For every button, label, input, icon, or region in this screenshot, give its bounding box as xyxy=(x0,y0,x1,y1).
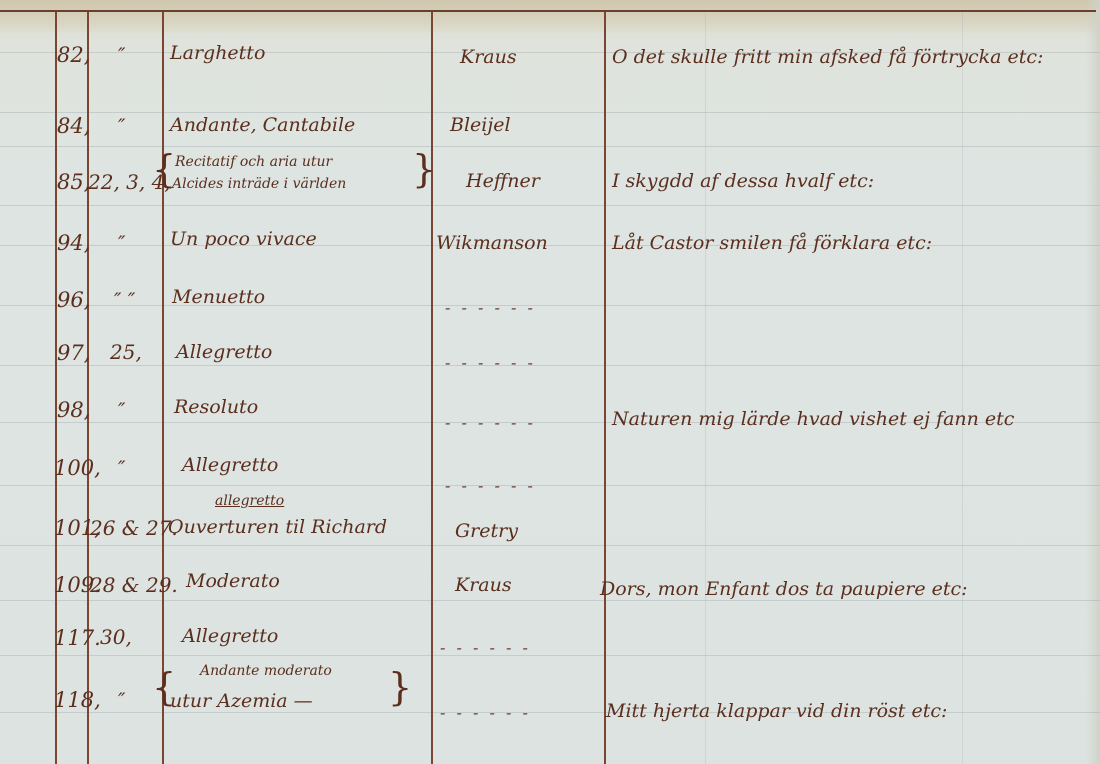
entry-title: Resoluto xyxy=(174,398,258,417)
faint-grid-line xyxy=(705,12,706,764)
entry-title-line1: Andante moderato xyxy=(200,664,332,678)
entry-title-line2: Alcides inträde i världen xyxy=(172,177,346,191)
entry-composer-ditto: - - - - - - xyxy=(445,355,536,371)
ledger-page: 82, ″ Larghetto Kraus O det skulle fritt… xyxy=(0,0,1100,764)
ruled-line xyxy=(0,485,1100,486)
entry-title: Allegretto xyxy=(182,456,278,475)
ruled-line xyxy=(0,205,1100,206)
paper-stain xyxy=(0,0,1100,34)
entry-number: 117. xyxy=(54,628,101,649)
ruled-line xyxy=(0,365,1100,366)
entry-text: I skygdd af dessa hvalf etc: xyxy=(612,172,874,191)
entry-number: 118, xyxy=(54,690,101,711)
faint-grid-line xyxy=(962,12,963,764)
entry-title: Moderato xyxy=(186,572,280,591)
entry-ref: ″ xyxy=(118,116,125,136)
column-line-3 xyxy=(162,12,164,764)
entry-title: Un poco vivace xyxy=(170,230,317,249)
entry-composer-ditto: - - - - - - xyxy=(445,415,536,431)
entry-title: Ouverturen til Richard xyxy=(168,518,387,537)
entry-composer-ditto: - - - - - - xyxy=(445,478,536,494)
entry-title-line1: Recitatif och aria utur xyxy=(175,155,332,169)
entry-text: O det skulle fritt min afsked få förtryc… xyxy=(612,48,1043,67)
entry-ref: ″ xyxy=(118,458,125,478)
entry-composer-ditto: - - - - - - xyxy=(440,705,531,721)
entry-number: 85, xyxy=(57,172,90,193)
brace-close: } xyxy=(412,150,436,188)
entry-composer: Wikmanson xyxy=(436,234,548,253)
entry-text: Låt Castor smilen få förklara etc: xyxy=(612,234,932,253)
ruled-line xyxy=(0,112,1100,113)
entry-number: 94, xyxy=(57,233,90,254)
entry-title: Andante, Cantabile xyxy=(170,116,355,135)
header-rule xyxy=(0,10,1096,12)
ruled-line xyxy=(0,245,1100,246)
entry-text: Dors, mon Enfant dos ta paupiere etc: xyxy=(600,580,968,599)
entry-title-above: allegretto xyxy=(215,494,284,508)
brace-close: } xyxy=(388,668,412,706)
column-line-4 xyxy=(431,12,433,764)
entry-number: 97, xyxy=(57,343,90,364)
ruled-line xyxy=(0,545,1100,546)
entry-composer: Gretry xyxy=(455,522,518,541)
entry-title: Larghetto xyxy=(170,44,265,63)
entry-ref: 25, xyxy=(110,342,142,362)
entry-composer: Kraus xyxy=(455,576,512,595)
entry-ref: ″ xyxy=(118,45,125,65)
entry-number: 96, xyxy=(57,290,90,311)
page-edge xyxy=(1086,0,1100,764)
entry-composer-ditto: - - - - - - xyxy=(440,640,531,656)
entry-text: Mitt hjerta klappar vid din röst etc: xyxy=(606,702,947,721)
ruled-line xyxy=(0,600,1100,601)
ruled-line xyxy=(0,305,1100,306)
entry-number: 82, xyxy=(57,45,90,66)
column-line-5 xyxy=(604,12,606,764)
entry-title: Menuetto xyxy=(172,288,265,307)
entry-title: Allegretto xyxy=(182,627,278,646)
entry-ref: ″ xyxy=(118,690,125,710)
entry-title-line2: utur Azemia — xyxy=(170,692,313,711)
entry-composer: Heffner xyxy=(466,172,540,191)
entry-ref: 26 & 27. xyxy=(90,518,178,538)
ruled-line xyxy=(0,655,1100,656)
entry-number: 100, xyxy=(54,458,101,479)
entry-composer: Bleijel xyxy=(450,116,511,135)
entry-ref: ″ ″ xyxy=(114,290,135,310)
entry-title: Allegretto xyxy=(176,343,272,362)
entry-composer-ditto: - - - - - - xyxy=(445,300,536,316)
entry-number: 84, xyxy=(57,116,90,137)
entry-number: 98, xyxy=(57,400,90,421)
entry-ref: ″ xyxy=(118,233,125,253)
entry-text: Naturen mig lärde hvad vishet ej fann et… xyxy=(612,410,1014,429)
entry-ref: 30, xyxy=(100,627,132,647)
entry-composer: Kraus xyxy=(460,48,517,67)
entry-ref: ″ xyxy=(118,400,125,420)
entry-ref: 28 & 29. xyxy=(90,575,178,595)
